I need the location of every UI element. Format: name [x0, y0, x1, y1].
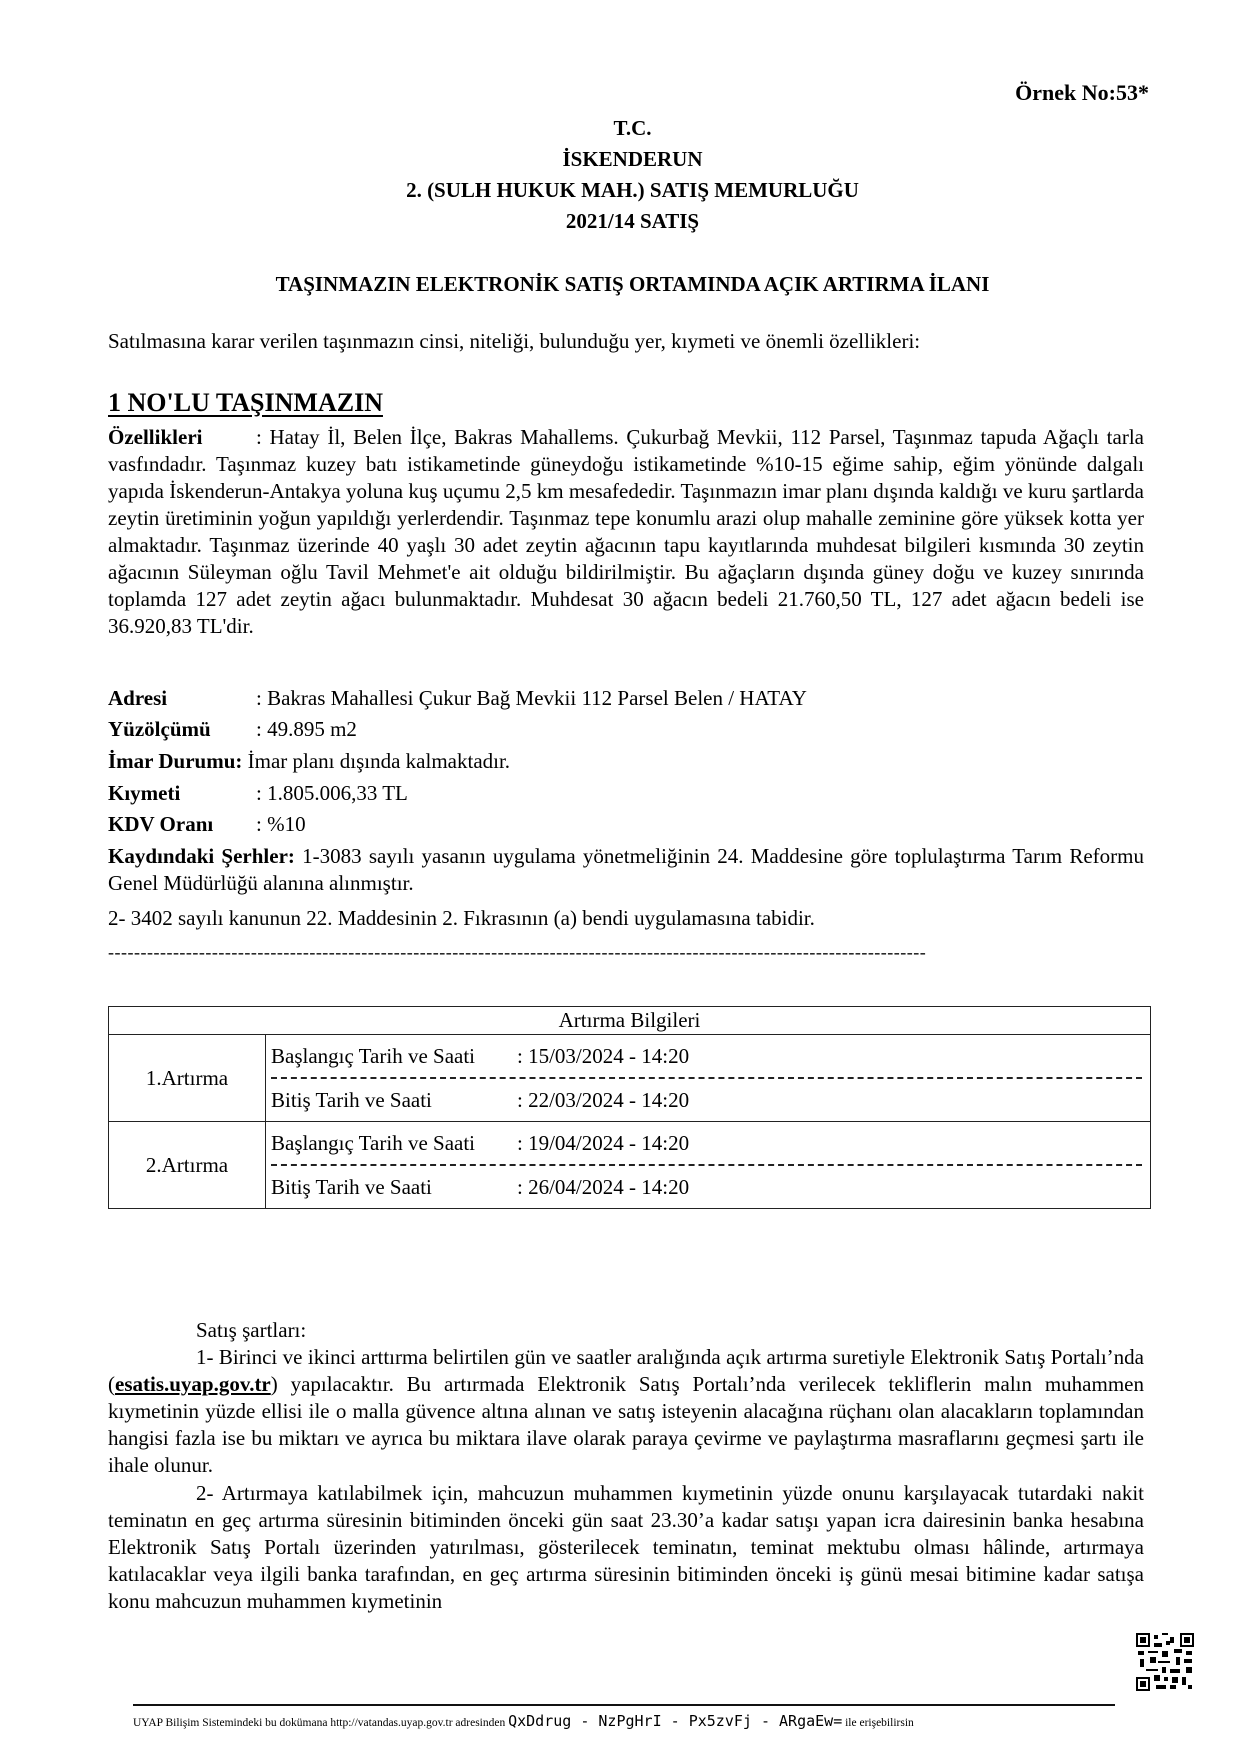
esatis-link[interactable]: esatis.uyap.gov.tr	[115, 1372, 271, 1396]
sample-number: Örnek No:53*	[1015, 80, 1149, 106]
vat-row: KDV Oranı: %10	[108, 811, 1144, 838]
auction-2-end-value: : 26/04/2024 - 14:20	[517, 1175, 689, 1199]
features-text: : Hatay İl, Belen İlçe, Bakras Mahallems…	[108, 425, 1144, 638]
condition-1: 1- Birinci ve ikinci arttırma belirtilen…	[108, 1344, 1144, 1479]
address-value: : Bakras Mahallesi Çukur Bağ Mevkii 112 …	[256, 686, 807, 710]
annotations-2: 2- 3402 sayılı kanunun 22. Maddesinin 2.…	[108, 905, 1144, 932]
document-title: TAŞINMAZIN ELEKTRONİK SATIŞ ORTAMINDA AÇ…	[0, 272, 1241, 297]
auction-1-end-value: : 22/03/2024 - 14:20	[517, 1088, 689, 1112]
value-row: Kıymeti: 1.805.006,33 TL	[108, 780, 1144, 807]
area-label: Yüzölçümü	[108, 716, 256, 743]
address-row: Adresi: Bakras Mahallesi Çukur Bağ Mevki…	[108, 685, 1144, 712]
footer-rule	[133, 1704, 1115, 1706]
intro-text: Satılmasına karar verilen taşınmazın cin…	[108, 328, 1144, 355]
conditions-heading: Satış şartları:	[196, 1317, 1096, 1344]
auction-2-label: 2.Artırma	[109, 1122, 266, 1209]
auction-2-end-label: Bitiş Tarih ve Saati	[271, 1172, 517, 1202]
value-value: : 1.805.006,33 TL	[256, 781, 408, 805]
vat-label: KDV Oranı	[108, 811, 256, 838]
auction-info-table: Artırma Bilgileri 1.Artırma Başlangıç Ta…	[108, 1006, 1151, 1209]
address-label: Adresi	[108, 685, 256, 712]
verification-code: QxDdrug - NzPgHrI - Px5zvFj - ARgaEw=	[508, 1712, 842, 1730]
header-line-file-no: 2021/14 SATIŞ	[0, 209, 1241, 234]
auction-2-start-label: Başlangıç Tarih ve Saati	[271, 1128, 517, 1158]
auction-1-start-value: : 15/03/2024 - 14:20	[517, 1044, 689, 1068]
annotations-label: Kaydındaki Şerhler:	[108, 844, 295, 868]
property-features: Özellikleri: Hatay İl, Belen İlçe, Bakra…	[108, 424, 1144, 640]
zoning-value: İmar planı dışında kalmaktadır.	[242, 749, 510, 773]
area-value: : 49.895 m2	[256, 717, 357, 741]
auction-table-header: Artırma Bilgileri	[109, 1007, 1151, 1035]
qr-code-icon	[1136, 1633, 1194, 1691]
auction-1-label: 1.Artırma	[109, 1035, 266, 1122]
vat-value: : %10	[256, 812, 306, 836]
annotations-row: Kaydındaki Şerhler: 1-3083 sayılı yasanı…	[108, 843, 1144, 897]
condition-2: 2- Artırmaya katılabilmek için, mahcuzun…	[108, 1480, 1144, 1615]
table-row: 1.Artırma Başlangıç Tarih ve Saati: 15/0…	[109, 1035, 1151, 1122]
auction-1-end-label: Bitiş Tarih ve Saati	[271, 1085, 517, 1115]
header-line-city: İSKENDERUN	[0, 147, 1241, 172]
row-divider	[271, 1077, 1142, 1079]
header-line-tc: T.C.	[0, 116, 1241, 141]
features-label: Özellikleri	[108, 424, 256, 451]
auction-2-start-value: : 19/04/2024 - 14:20	[517, 1131, 689, 1155]
row-divider	[271, 1164, 1142, 1166]
auction-1-start-label: Başlangıç Tarih ve Saati	[271, 1041, 517, 1071]
footer-prefix: UYAP Bilişim Sistemindeki bu dokümana ht…	[133, 1717, 508, 1729]
property-heading: 1 NO'LU TAŞINMAZIN	[108, 388, 383, 418]
table-row: 2.Artırma Başlangıç Tarih ve Saati: 19/0…	[109, 1122, 1151, 1209]
zoning-row: İmar Durumu: İmar planı dışında kalmakta…	[108, 748, 1144, 775]
zoning-label: İmar Durumu:	[108, 749, 242, 773]
area-row: Yüzölçümü: 49.895 m2	[108, 716, 1144, 743]
value-label: Kıymeti	[108, 780, 256, 807]
footer-suffix: ile erişebilirsin	[842, 1717, 914, 1729]
separator-line: ----------------------------------------…	[108, 942, 1088, 963]
footer-text: UYAP Bilişim Sistemindeki bu dokümana ht…	[133, 1712, 914, 1730]
header-line-office: 2. (SULH HUKUK MAH.) SATIŞ MEMURLUĞU	[0, 178, 1241, 203]
